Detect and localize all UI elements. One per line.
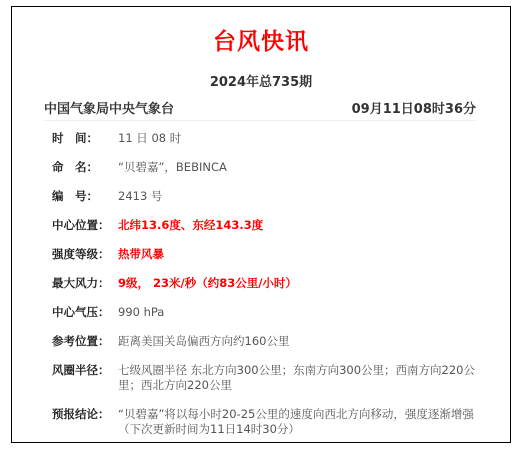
- field-value: 2413 号: [118, 189, 492, 204]
- field-value: 热带风暴: [118, 247, 492, 262]
- field-label: 编 号：: [52, 189, 118, 204]
- field-value: 9级， 23米/秒（约83公里/小时）: [118, 276, 492, 291]
- field-forecast: 预报结论： “贝碧嘉”将以每小时20-25公里的速度向西北方向移动，强度逐渐增强…: [52, 407, 492, 437]
- field-value: 七级风圈半径 东北方向300公里；东南方向300公里；西南方向220公里；西北方…: [118, 363, 492, 393]
- typhoon-bulletin: 台风快讯 2024年总735期 中国气象局中央气象台 09月11日08时36分 …: [11, 6, 511, 443]
- field-number: 编 号： 2413 号: [52, 189, 492, 204]
- field-label: 命 名：: [52, 160, 118, 175]
- bulletin-fields: 时 间： 11 日 08 时 命 名： “贝碧嘉”，BEBINCA 编 号： 2…: [52, 131, 492, 451]
- field-center-position: 中心位置： 北纬13.6度、东经143.3度: [52, 218, 492, 233]
- field-label: 中心位置：: [52, 218, 118, 233]
- field-label: 最大风力：: [52, 276, 118, 291]
- field-value: 距离美国关岛偏西方向约160公里: [118, 334, 492, 349]
- field-value: “贝碧嘉”将以每小时20-25公里的速度向西北方向移动，强度逐渐增强 （下次更新…: [118, 407, 492, 437]
- field-value: 北纬13.6度、东经143.3度: [118, 218, 492, 233]
- field-label: 强度等级：: [52, 247, 118, 262]
- bulletin-meta: 中国气象局中央气象台 09月11日08时36分: [44, 98, 476, 121]
- field-label: 预报结论：: [52, 407, 118, 437]
- publish-time: 09月11日08时36分: [352, 98, 476, 117]
- issuing-organization: 中国气象局中央气象台: [44, 98, 174, 117]
- field-label: 参考位置：: [52, 334, 118, 349]
- page-title: 台风快讯: [12, 23, 510, 56]
- field-label: 时 间：: [52, 131, 118, 146]
- next-update-note: （下次更新时间为11日14时30分）: [118, 422, 300, 436]
- issue-number: 2024年总735期: [12, 71, 510, 90]
- field-label: 风圈半径：: [52, 363, 118, 393]
- field-max-wind: 最大风力： 9级， 23米/秒（约83公里/小时）: [52, 276, 492, 291]
- field-value: “贝碧嘉”，BEBINCA: [118, 160, 492, 175]
- forecast-text: “贝碧嘉”将以每小时20-25公里的速度向西北方向移动，强度逐渐增强: [118, 407, 474, 421]
- field-label: 中心气压：: [52, 305, 118, 320]
- field-pressure: 中心气压： 990 hPa: [52, 305, 492, 320]
- field-reference-position: 参考位置： 距离美国关岛偏西方向约160公里: [52, 334, 492, 349]
- field-name: 命 名： “贝碧嘉”，BEBINCA: [52, 160, 492, 175]
- field-value: 990 hPa: [118, 305, 492, 320]
- field-wind-radius: 风圈半径： 七级风圈半径 东北方向300公里；东南方向300公里；西南方向220…: [52, 363, 492, 393]
- field-intensity: 强度等级： 热带风暴: [52, 247, 492, 262]
- field-time: 时 间： 11 日 08 时: [52, 131, 492, 146]
- field-value: 11 日 08 时: [118, 131, 492, 146]
